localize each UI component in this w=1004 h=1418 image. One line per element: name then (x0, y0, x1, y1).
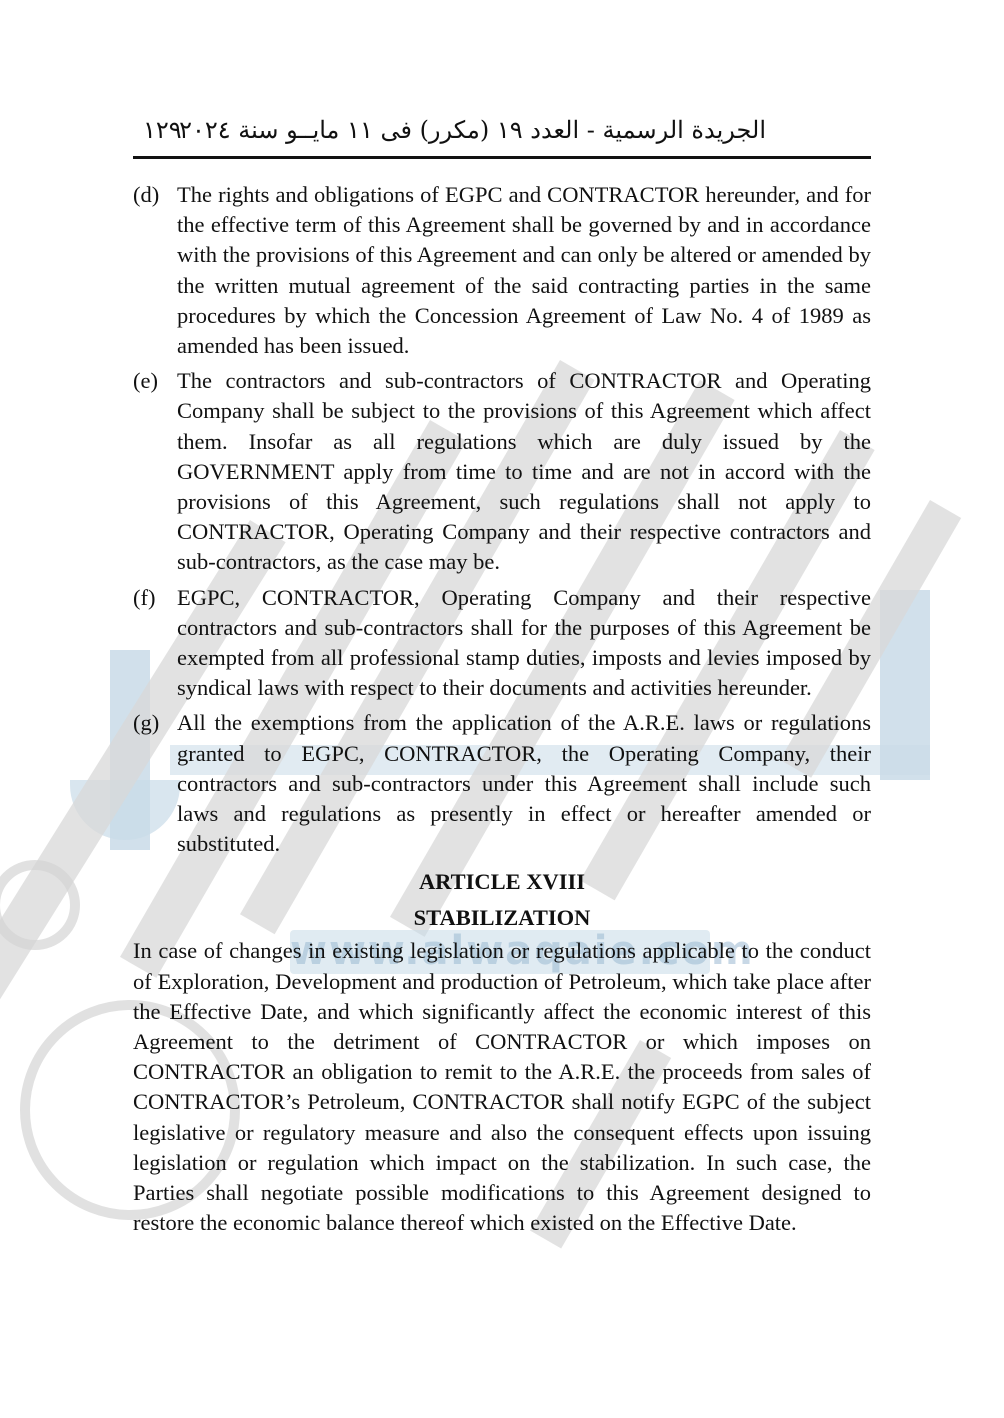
watermark-blue-bar-right (880, 590, 930, 780)
page-number: ١٢٩ (143, 116, 182, 144)
clause-marker: (f) (133, 583, 155, 613)
header-divider (133, 156, 871, 159)
clause-e: (e) The contractors and sub-contractors … (133, 366, 871, 577)
clause-f: (f) EGPC, CONTRACTOR, Operating Company … (133, 583, 871, 704)
clause-text: The contractors and sub-contractors of C… (177, 368, 871, 574)
document-page: www.alwaqaie.com الجريدة الرسمية - العدد… (0, 0, 1004, 1418)
clause-text: All the exemptions from the application … (177, 710, 871, 856)
clause-marker: (g) (133, 708, 159, 738)
clause-g: (g) All the exemptions from the applicat… (133, 708, 871, 859)
document-body: (d) The rights and obligations of EGPC a… (133, 180, 871, 1239)
clause-text: EGPC, CONTRACTOR, Operating Company and … (177, 585, 871, 701)
clause-marker: (e) (133, 366, 158, 396)
article-title: STABILIZATION (133, 900, 871, 936)
clause-d: (d) The rights and obligations of EGPC a… (133, 180, 871, 361)
page-header: الجريدة الرسمية - العدد ١٩ (مكرر) فى ١١ … (133, 112, 871, 156)
article-number: ARTICLE XVIII (133, 864, 871, 900)
watermark-emblem-ring (0, 860, 80, 950)
clause-marker: (d) (133, 180, 159, 210)
article-body: In case of changes in existing legislati… (133, 936, 871, 1238)
clause-text: The rights and obligations of EGPC and C… (177, 182, 871, 358)
gazette-title: الجريدة الرسمية - العدد ١٩ (مكرر) فى ١١ … (179, 116, 766, 144)
